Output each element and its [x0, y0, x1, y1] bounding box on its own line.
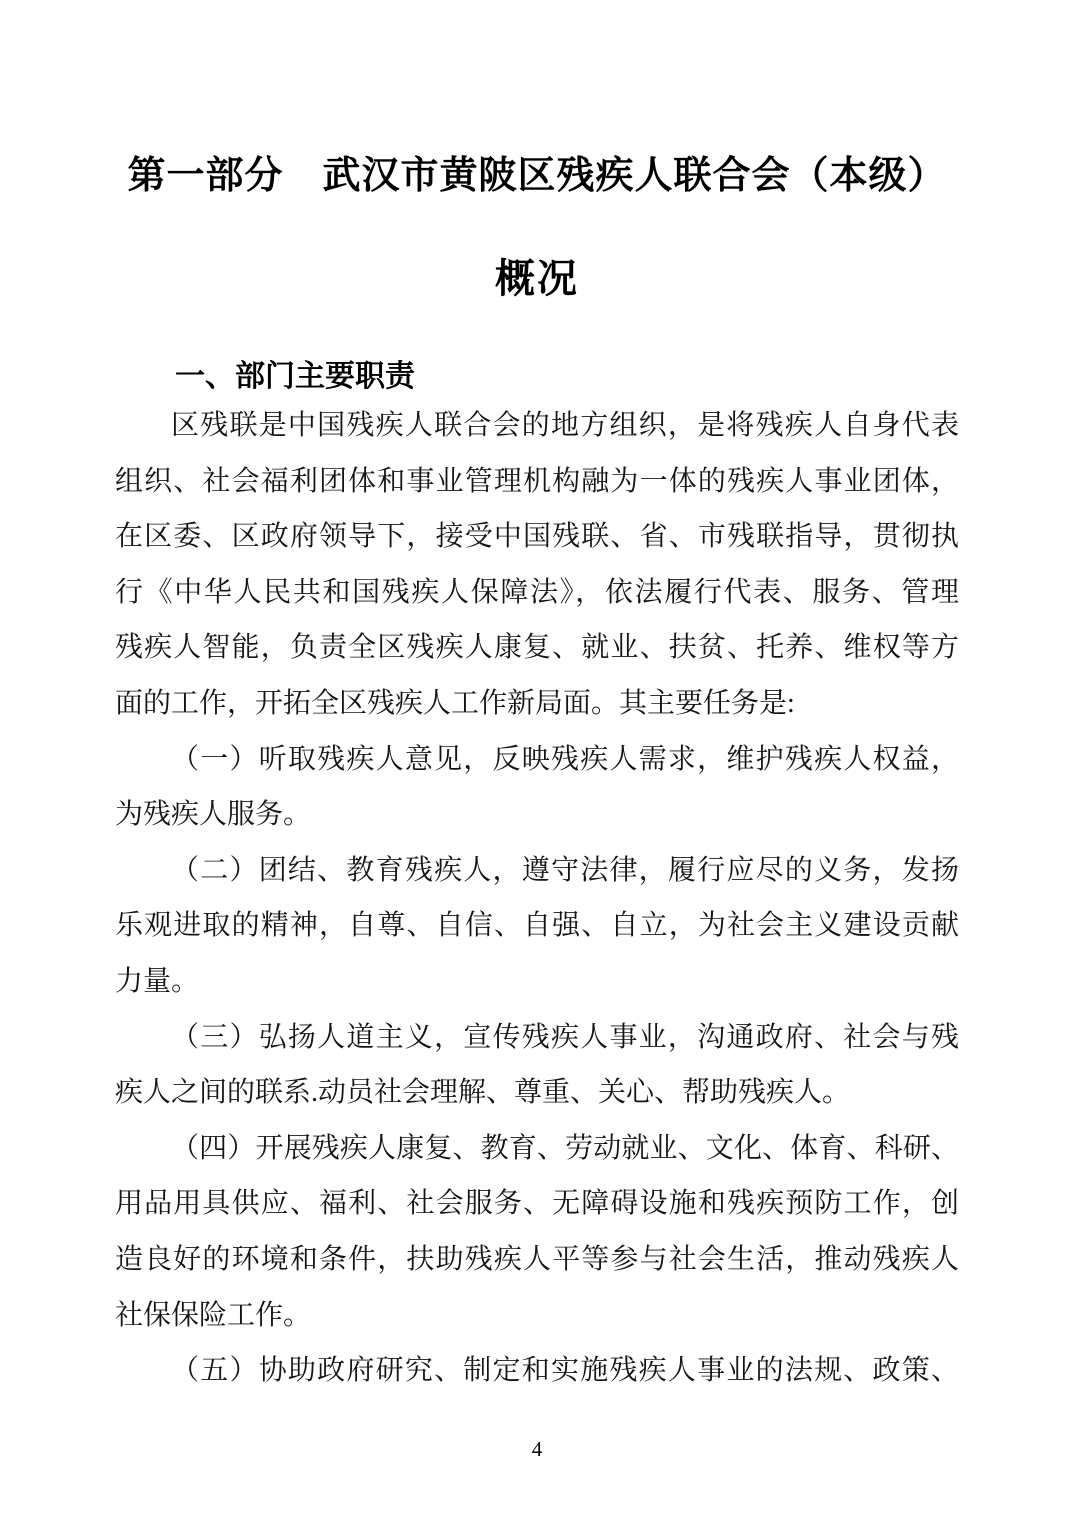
body-line: 在区委、区政府领导下，接受中国残联、省、市残联指导，贯彻执 [115, 509, 959, 565]
body-line: 面的工作，开拓全区残疾人工作新局面。其主要任务是: [115, 676, 959, 732]
section-heading: 一、部门主要职责 [115, 357, 959, 397]
body-line: 力量。 [115, 954, 959, 1010]
body-line: 残疾人智能，负责全区残疾人康复、就业、扶贫、托养、维权等方 [115, 620, 959, 676]
body-line: 区残联是中国残疾人联合会的地方组织，是将残疾人自身代表 [115, 398, 959, 454]
body-line: 社保保险工作。 [115, 1288, 959, 1344]
body-line: （四）开展残疾人康复、教育、劳动就业、文化、体育、科研、 [115, 1121, 959, 1177]
body-line: 组织、社会福利团体和事业管理机构融为一体的残疾人事业团体， [115, 454, 959, 510]
body-line: （三）弘扬人道主义，宣传残疾人事业，沟通政府、社会与残 [115, 1010, 959, 1066]
body-line: 造良好的环境和条件，扶助残疾人平等参与社会生活，推动残疾人 [115, 1232, 959, 1288]
body-text: 区残联是中国残疾人联合会的地方组织，是将残疾人自身代表 组织、社会福利团体和事业… [115, 398, 959, 1399]
body-line: 为残疾人服务。 [115, 787, 959, 843]
body-line: （五）协助政府研究、制定和实施残疾人事业的法规、政策、 [115, 1343, 959, 1399]
body-line: 乐观进取的精神，自尊、自信、自强、自立，为社会主义建设贡献 [115, 898, 959, 954]
document-title: 第一部分 武汉市黄陂区残疾人联合会（本级） [0, 152, 1074, 198]
document-page: 第一部分 武汉市黄陂区残疾人联合会（本级） 概况 一、部门主要职责 区残联是中国… [0, 0, 1074, 1520]
body-line: 行《中华人民共和国残疾人保障法》，依法履行代表、服务、管理 [115, 565, 959, 621]
body-line: 疾人之间的联系.动员社会理解、尊重、关心、帮助残疾人。 [115, 1065, 959, 1121]
body-line: 用品用具供应、福利、社会服务、无障碍设施和残疾预防工作，创 [115, 1176, 959, 1232]
body-line: （一）听取残疾人意见，反映残疾人需求，维护残疾人权益， [115, 732, 959, 788]
body-line: （二）团结、教育残疾人，遵守法律，履行应尽的义务，发扬 [115, 843, 959, 899]
page-number: 4 [0, 1436, 1074, 1462]
document-subtitle: 概况 [0, 255, 1074, 303]
